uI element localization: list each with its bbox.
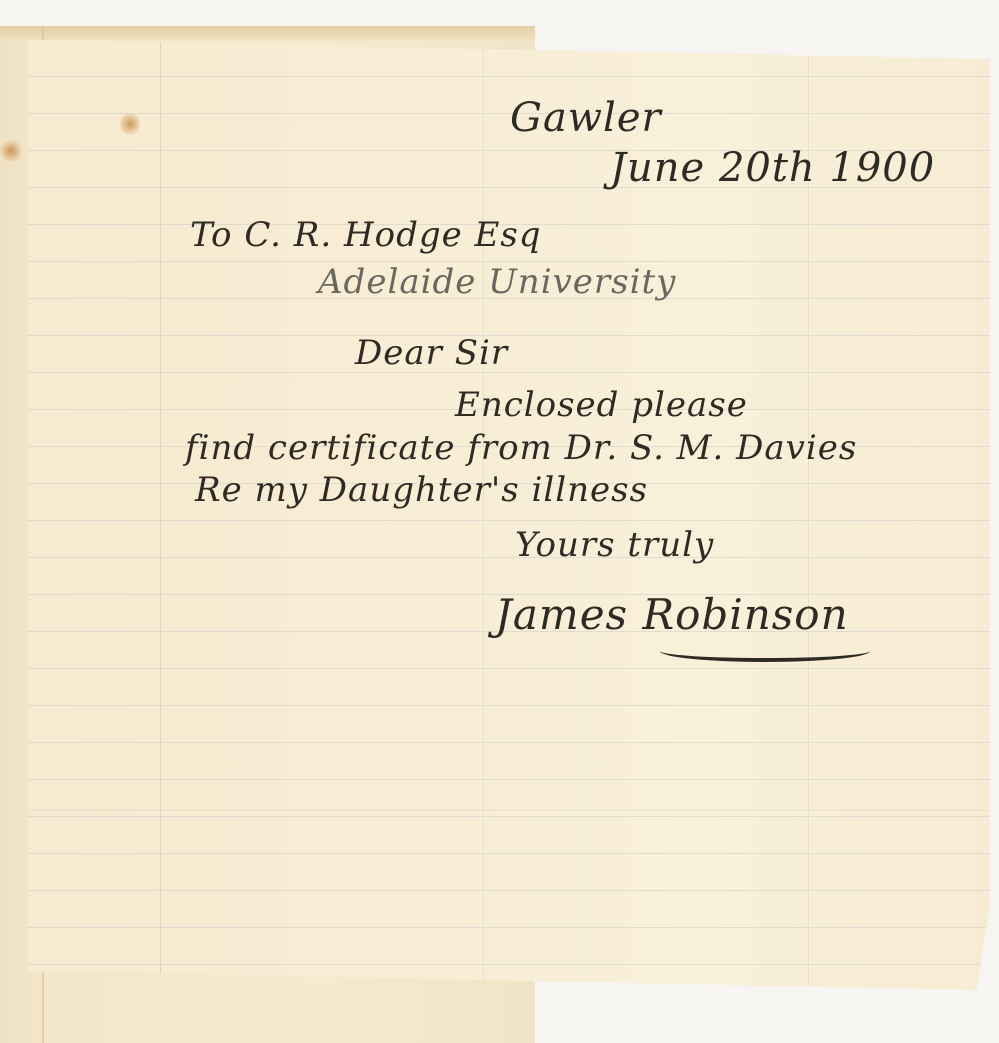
closing: Yours truly — [515, 525, 714, 565]
stain — [120, 112, 140, 136]
stain — [0, 140, 22, 162]
horizontal-fold — [28, 810, 990, 812]
signature: James Robinson — [495, 590, 849, 639]
margin-line — [160, 40, 161, 990]
body-line-2: find certificate from Dr. S. M. Davies — [185, 428, 857, 468]
recipient-name: To C. R. Hodge Esq — [190, 215, 542, 255]
letter-date: June 20th 1900 — [610, 145, 935, 191]
body-line-3: Re my Daughter's illness — [195, 470, 648, 510]
back-sheet-top-edge — [0, 26, 535, 40]
body-line-1: Enclosed please — [455, 385, 748, 425]
signature-flourish — [660, 640, 870, 662]
salutation: Dear Sir — [355, 333, 508, 373]
letter-place: Gawler — [510, 95, 662, 141]
recipient-institution: Adelaide University — [318, 262, 676, 302]
vertical-fold — [483, 40, 485, 990]
